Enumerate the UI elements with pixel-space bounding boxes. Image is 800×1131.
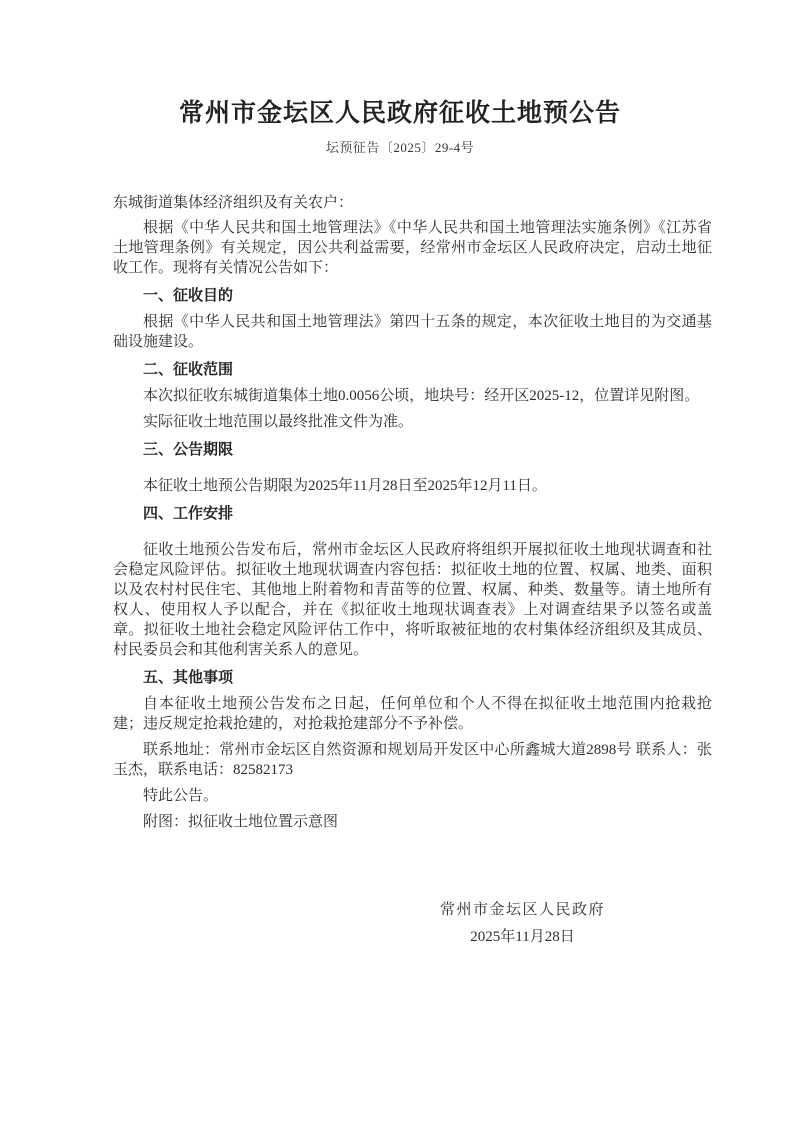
section-paragraph: 实际征收土地范围以最终批准文件为准。 (113, 412, 712, 432)
intro-paragraph: 根据《中华人民共和国土地管理法》《中华人民共和国土地管理法实施条例》《江苏省土地… (113, 218, 712, 278)
section-paragraph: 征收土地预公告发布后，常州市金坛区人民政府将组织开展拟征收土地现状调查和社会稳定… (113, 540, 712, 660)
section-heading-period: 三、公告期限 (113, 440, 712, 460)
document-title: 常州市金坛区人民政府征收土地预公告 (0, 96, 800, 131)
document-number: 坛预征告〔2025〕29-4号 (0, 139, 800, 157)
document-page: 常州市金坛区人民政府征收土地预公告 坛预征告〔2025〕29-4号 东城街道集体… (0, 0, 800, 1131)
salutation: 东城街道集体经济组织及有关农户： (113, 193, 712, 213)
contact-paragraph: 联系地址：常州市金坛区自然资源和规划局开发区中心所鑫城大道2898号 联系人：张… (113, 740, 712, 780)
section-paragraph: 本次拟征收东城街道集体土地0.0056公顷，地块号：经开区2025-12，位置详… (113, 386, 712, 406)
section-heading-purpose: 一、征收目的 (113, 286, 712, 306)
closing-line: 特此公告。 (113, 786, 712, 806)
issue-date: 2025年11月28日 (440, 927, 605, 947)
section-paragraph: 本征收土地预公告期限为2025年11月28日至2025年12月11日。 (113, 476, 712, 496)
issuer-name: 常州市金坛区人民政府 (440, 900, 605, 920)
section-heading-scope: 二、征收范围 (113, 360, 712, 380)
section-heading-work-plan: 四、工作安排 (113, 504, 712, 524)
section-paragraph: 自本征收土地预公告发布之日起，任何单位和个人不得在拟征收土地范围内抢栽抢建；违反… (113, 694, 712, 734)
section-heading-other-matters: 五、其他事项 (113, 668, 712, 688)
section-paragraph: 根据《中华人民共和国土地管理法》第四十五条的规定，本次征收土地目的为交通基础设施… (113, 312, 712, 352)
attachment-line: 附图：拟征收土地位置示意图 (113, 812, 712, 832)
document-body: 东城街道集体经济组织及有关农户： 根据《中华人民共和国土地管理法》《中华人民共和… (0, 157, 800, 947)
document-header: 常州市金坛区人民政府征收土地预公告 坛预征告〔2025〕29-4号 (0, 0, 800, 157)
signature-block: 常州市金坛区人民政府 2025年11月28日 (440, 900, 605, 947)
